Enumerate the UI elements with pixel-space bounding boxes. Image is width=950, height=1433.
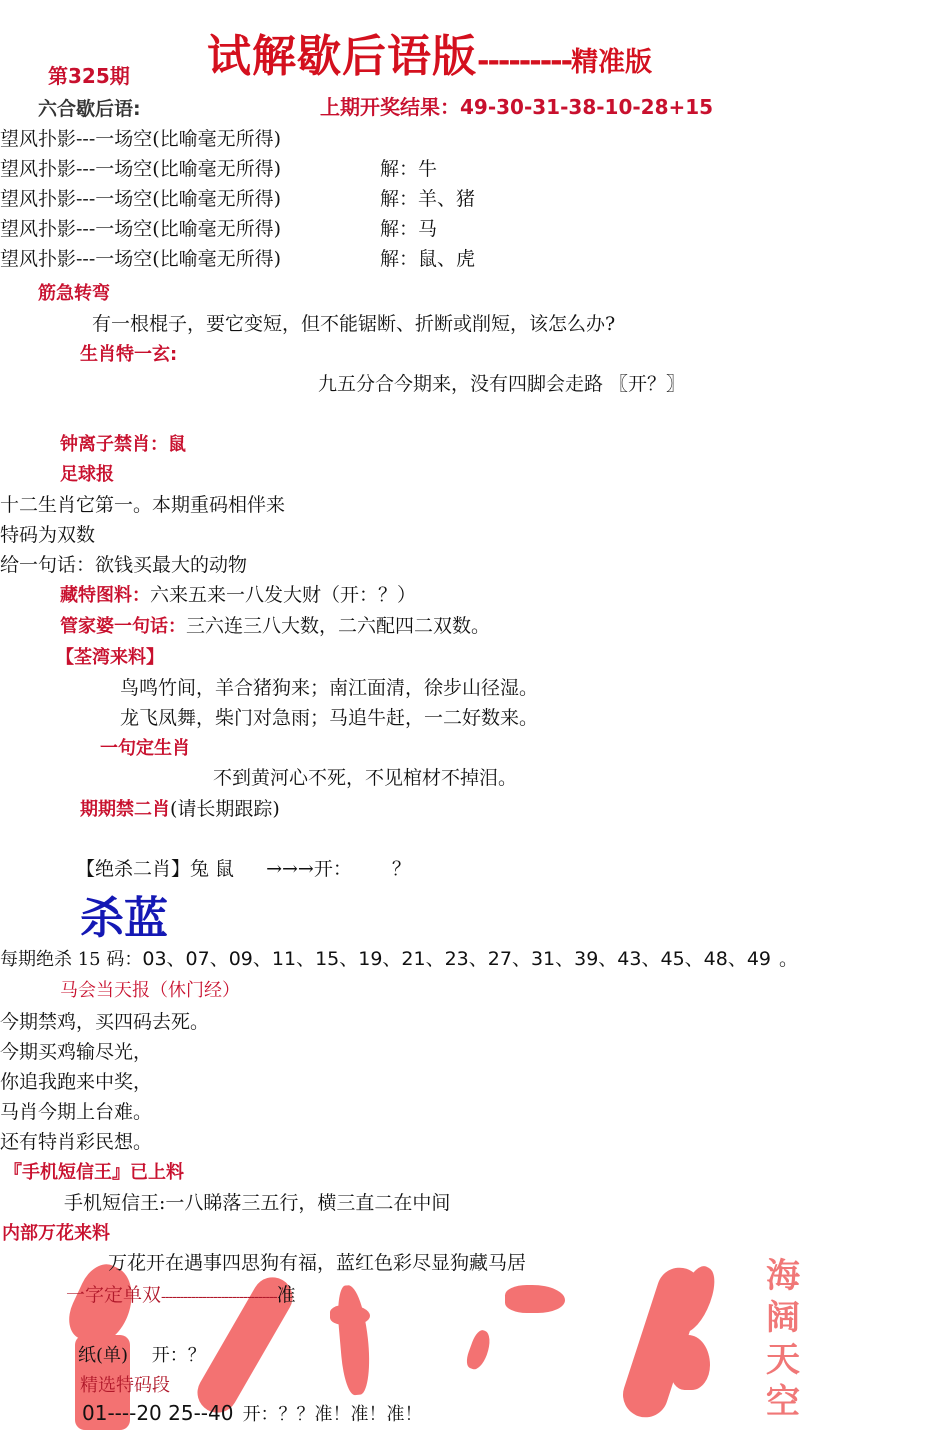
segment-label: 精选特码段 [80, 1371, 170, 1397]
last-result-value: 49-30-31-38-10-28+15 [460, 95, 713, 119]
page-title: 试解歇后语版 [207, 20, 477, 84]
zodiac-mystery-label: 生肖特一玄: [80, 340, 177, 366]
odd-even-end: 准 [277, 1284, 296, 1306]
odd-even-dashes: ------------------------------- [161, 1289, 277, 1305]
list-item: 望风扑影---一场空(比喻毫无所得) [0, 124, 475, 154]
kill-two-text: 【绝杀二肖】兔 鼠 [76, 858, 234, 880]
wanhua-label: 内部万花来料 [2, 1219, 110, 1245]
odd-even-paper: 纸(单) [78, 1345, 128, 1366]
list-item: 今期买鸡输尽光， [0, 1037, 209, 1067]
page-subtitle: 精准版 [571, 40, 652, 79]
list-item: 龙飞凤舞，柴门对急雨；马追牛赶，一二好数来。 [120, 703, 538, 733]
kill-15-codes: 每期绝杀 15 码：03、07、09、11、15、19、21、23、27、31、… [0, 944, 798, 971]
segment-values: 01----20 25--40 开：？？准！准！准！ [82, 1400, 423, 1426]
watermark-char: 阔 [766, 1297, 802, 1339]
kill-blue: 杀蓝 [80, 882, 168, 946]
watermark-char: 空 [766, 1381, 802, 1423]
watermark-char: 海 [766, 1255, 802, 1297]
tsuen-wan-lines: 鸟鸣竹间，羊合猪狗来；南江面清，徐步山径湿。 龙飞凤舞，柴门对急雨；马追牛赶，一… [120, 673, 538, 733]
list-item: 你追我跑来中奖， [0, 1067, 209, 1097]
hidden-map: 藏特图料：六来五来一八发大财（开：？） [60, 580, 416, 607]
list-item: 望风扑影---一场空(比喻毫无所得)解：马 [0, 214, 475, 244]
housekeeper-text: 三六连三八大数，二六配四二双数。 [186, 615, 490, 637]
list-item: 望风扑影---一场空(比喻毫无所得)解：羊、猪 [0, 184, 475, 214]
watermark-char: 天 [766, 1339, 802, 1381]
wanhua-text: 万花开在遇事四思狗有福，蓝红色彩尽显狗藏马居 [108, 1248, 526, 1275]
odd-even-open: 开：？ [152, 1345, 206, 1366]
hidden-map-text: 六来五来一八发大财（开：？） [150, 584, 416, 606]
kill-15-numbers: 03、07、09、11、15、19、21、23、27、31、39、43、45、4… [142, 948, 771, 970]
ban-two-label: 期期禁二肖 [80, 799, 170, 820]
housekeeper-label: 管家婆一句话： [60, 616, 186, 637]
list-item: 今期禁鸡，买四码去死。 [0, 1007, 209, 1037]
list-item: 望风扑影---一场空(比喻毫无所得)解：牛 [0, 154, 475, 184]
one-sentence-label: 一句定生肖 [100, 734, 190, 760]
sms-king-label: 『手机短信王』已上料 [4, 1158, 184, 1184]
odd-even-result: 纸(单) 开：？ [78, 1341, 206, 1367]
list-item: 还有特肖彩民想。 [0, 1127, 209, 1157]
housekeeper: 管家婆一句话：三六连三八大数，二六配四二双数。 [60, 611, 490, 638]
page-title-row: 试解歇后语版 --------- 精准版 [207, 20, 652, 84]
one-sentence-text: 不到黄河心不死，不见棺材不掉泪。 [213, 763, 517, 790]
title-dash: --------- [477, 44, 571, 79]
list-item: 马肖今期上台难。 [0, 1097, 209, 1127]
list-item: 鸟鸣竹间，羊合猪狗来；南江面清，徐步山径湿。 [120, 673, 538, 703]
football-lines: 十二生肖它第一。本期重码相伴来 特码为双数 给一句话：欲钱买最大的动物 [0, 490, 285, 580]
xiehouyu-list: 望风扑影---一场空(比喻毫无所得) 望风扑影---一场空(比喻毫无所得)解：牛… [0, 124, 475, 274]
list-item: 十二生肖它第一。本期重码相伴来 [0, 490, 285, 520]
last-result-label: 上期开奖结果： [320, 95, 460, 119]
watermark-vertical-text: 海 阔 天 空 [766, 1255, 802, 1423]
jockey-lines: 今期禁鸡，买四码去死。 今期买鸡输尽光， 你追我跑来中奖， 马肖今期上台难。 还… [0, 1007, 209, 1157]
kill-15-label: 每期绝杀 15 码： [0, 949, 142, 970]
kill-two-arrows: →→→开： [266, 858, 352, 880]
zhongli-ban: 钟离子禁肖：鼠 [60, 430, 186, 456]
brain-teaser-label: 筋急转弯 [38, 279, 110, 305]
kill-two: 【绝杀二肖】兔 鼠 →→→开： ？ [76, 854, 411, 881]
hidden-map-label: 藏特图料： [60, 585, 150, 606]
odd-even: 一字定单双-------------------------------准 [66, 1280, 296, 1307]
ban-two: 期期禁二肖(请长期跟踪) [80, 794, 280, 821]
segment-tail: 开：？？准！准！准！ [243, 1404, 423, 1425]
list-item: 给一句话：欲钱买最大的动物 [0, 550, 285, 580]
list-item: 望风扑影---一场空(比喻毫无所得)解：鼠、虎 [0, 244, 475, 274]
segment-ranges: 01----20 25--40 [82, 1401, 233, 1425]
odd-even-label: 一字定单双 [66, 1284, 161, 1306]
section-label-liuhe: 六合歇后语: [38, 94, 141, 121]
brain-teaser-question: 有一根棍子，要它变短，但不能锯断、折断或削短，该怎么办? [92, 309, 615, 336]
football-label: 足球报 [60, 460, 114, 486]
kill-two-result: ？ [392, 858, 411, 880]
jockey-label: 马会当天报（休门经） [60, 976, 240, 1002]
issue-number: 第325期 [48, 60, 130, 89]
ban-two-note: (请长期跟踪) [170, 798, 280, 820]
sms-king-text: 手机短信王:一八睇落三五行，横三直二在中间 [64, 1188, 450, 1215]
zodiac-mystery-text: 九五分合今期来，没有四脚会走路 〖开？〗 [318, 369, 685, 396]
last-result: 上期开奖结果：49-30-31-38-10-28+15 [320, 91, 713, 120]
tsuen-wan-label: 【荃湾来料】 [56, 643, 164, 669]
list-item: 特码为双数 [0, 520, 285, 550]
